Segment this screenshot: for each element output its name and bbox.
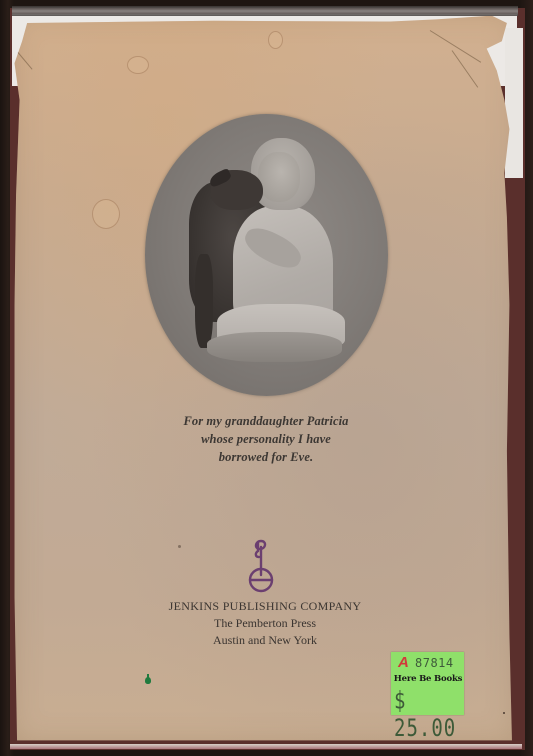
- dirt-speck: [503, 712, 505, 714]
- store-name: Here Be Books: [393, 674, 463, 684]
- dedication-text: For my granddaughter Patricia whose pers…: [150, 412, 382, 466]
- sticker-header: A 87814: [395, 654, 463, 672]
- price-value: $ 25.00: [394, 687, 464, 742]
- price-sticker: A 87814 Here Be Books $ 25.00: [391, 652, 464, 715]
- publisher-name: JENKINS PUBLISHING COMPANY: [150, 598, 380, 615]
- publisher-monogram-icon: [245, 537, 277, 593]
- dog-leg: [195, 254, 213, 348]
- green-ink-mark: [145, 677, 151, 684]
- girl-knees: [207, 332, 342, 362]
- dedication-line: whose personality I have: [150, 430, 382, 448]
- dedication-line: borrowed for Eve.: [150, 448, 382, 466]
- girl-face: [258, 152, 300, 202]
- dirt-speck: [178, 545, 181, 548]
- publisher-locations: Austin and New York: [150, 632, 380, 649]
- condition-grade: A: [398, 654, 409, 671]
- publisher-imprint: The Pemberton Press: [150, 615, 380, 632]
- book-bottom-edge: [10, 744, 522, 749]
- page-edge-right: [505, 28, 523, 178]
- protective-cover-edge: [12, 6, 518, 16]
- water-stain: [92, 199, 120, 229]
- water-stain: [268, 31, 283, 49]
- portrait-photo: [145, 114, 388, 396]
- publisher-block: JENKINS PUBLISHING COMPANY The Pemberton…: [150, 598, 380, 649]
- water-stain: [127, 56, 149, 74]
- stock-number: 87814: [415, 656, 454, 670]
- dedication-line: For my granddaughter Patricia: [150, 412, 382, 430]
